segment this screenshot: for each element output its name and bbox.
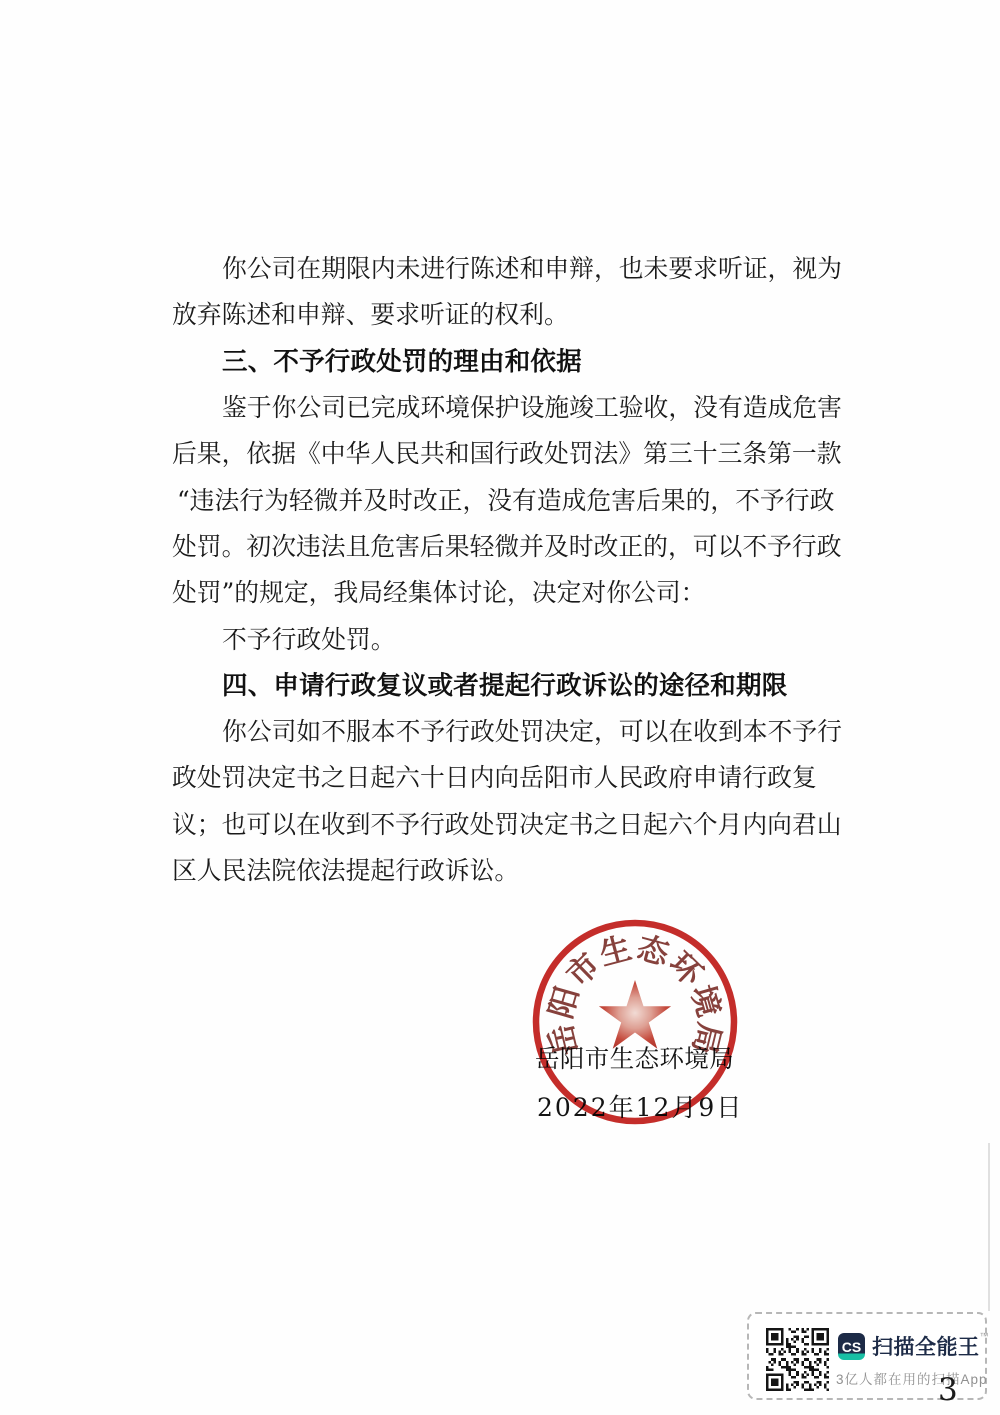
qr-code-icon bbox=[766, 1328, 829, 1391]
trademark-symbol: ™ bbox=[980, 1331, 990, 1341]
text-line: 政处罚决定书之日起六十日内向岳阳市人民政府申请行政复 bbox=[172, 753, 872, 799]
text-line: 议；也可以在收到不予行政处罚决定书之日起六个月内向君山 bbox=[172, 800, 872, 846]
text-line: 你公司在期限内未进行陈述和申辩，也未要求听证，视为 bbox=[172, 244, 872, 290]
scan-edge-artifact bbox=[988, 1143, 990, 1311]
decision-line: 不予行政处罚。 bbox=[172, 614, 872, 660]
camscanner-logo-icon: CS bbox=[838, 1333, 865, 1360]
text-line: 放弃陈述和申辩、要求听证的权利。 bbox=[172, 290, 872, 336]
text-line: 处罚。初次违法且危害后果轻微并及时改正的，可以不予行政 bbox=[172, 522, 872, 568]
seal-date: 2022年12月9日 bbox=[537, 1088, 743, 1124]
section-heading-3: 三、不予行政处罚的理由和依据 bbox=[172, 337, 872, 383]
document-body: 你公司在期限内未进行陈述和申辩，也未要求听证，视为 放弃陈述和申辩、要求听证的权… bbox=[172, 244, 872, 892]
page-number: 3 bbox=[938, 1372, 958, 1408]
seal-star bbox=[599, 980, 671, 1049]
camscanner-brand: 扫描全能王™ bbox=[872, 1331, 989, 1361]
text-line: 鉴于你公司已完成环境保护设施竣工验收，没有造成危害 bbox=[172, 383, 872, 429]
agency-name: 岳阳市生态环境局 bbox=[535, 1040, 734, 1075]
text-line: 处罚”的规定，我局经集体讨论，决定对你公司： bbox=[172, 568, 872, 614]
text-line: “违法行为轻微并及时改正，没有造成危害后果的，不予行政 bbox=[172, 475, 872, 521]
section-heading-4: 四、申请行政复议或者提起行政诉讼的途径和期限 bbox=[172, 661, 872, 707]
brand-text: 扫描全能王 bbox=[872, 1336, 980, 1359]
text-line: 后果，依据《中华人民共和国行政处罚法》第三十三条第一款 bbox=[172, 429, 872, 475]
text-line: 你公司如不服本不予行政处罚决定，可以在收到本不予行 bbox=[172, 707, 872, 753]
camscanner-tagline: 3亿人都在用的扫描App bbox=[836, 1368, 988, 1388]
scanned-document-page: 你公司在期限内未进行陈述和申辩，也未要求听证，视为 放弃陈述和申辩、要求听证的权… bbox=[0, 0, 1000, 1415]
text-line: 区人民法院依法提起行政诉讼。 bbox=[172, 846, 872, 892]
